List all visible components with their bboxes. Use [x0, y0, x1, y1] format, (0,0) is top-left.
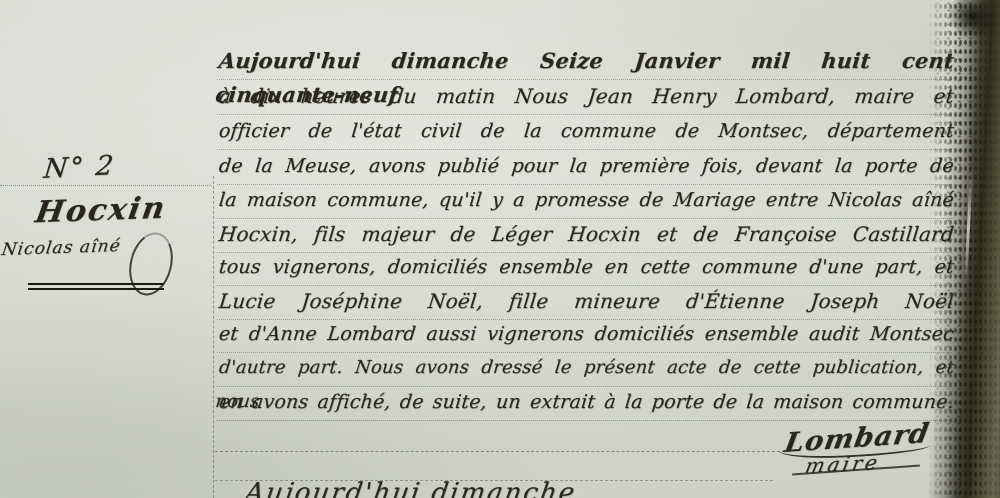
act-text-line: en avons affiché, de suite, un extrait à…: [217, 385, 956, 421]
act-text-line: Hocxin, fils majeur de Léger Hocxin et d…: [217, 217, 956, 253]
binding-shadow-top: [926, 0, 1000, 61]
margin-surname: Hocxin: [33, 191, 169, 231]
act-text-line: la maison commune, qu'il y a promesse de…: [217, 183, 956, 219]
footer-dashed-rule: [215, 451, 790, 452]
margin-vertical-dashed-rule: [213, 176, 214, 498]
margin-firstname-note: Nicolas aîné: [0, 236, 122, 260]
act-text-line: de la Meuse, avons publié pour la premiè…: [217, 149, 956, 185]
act-text-line: d'autre part. Nous avons dressé le prése…: [217, 351, 956, 387]
act-text-line: officier de l'état civil de la commune d…: [217, 114, 956, 150]
margin-double-rule: [28, 283, 164, 290]
act-text-line: Lucie Joséphine Noël, fille mineure d'Ét…: [217, 284, 956, 320]
book-binding-edge: [928, 0, 1000, 498]
register-page-scan: N° 2 Hocxin Nicolas aîné Aujourd'hui dim…: [0, 0, 1000, 498]
next-entry-fragment: Aujourd'hui dimanche: [245, 478, 868, 498]
act-text-line: et d'Anne Lombard aussi vignerons domici…: [217, 317, 956, 353]
margin-entry-number: N° 2: [42, 150, 117, 185]
binding-edge-highlight: [964, 168, 973, 286]
margin-paraph-flourish-icon: [123, 228, 179, 300]
act-text-line: tous vignerons, domiciliés ensemble en c…: [217, 250, 956, 286]
act-text-line: à dix heures du matin Nous Jean Henry Lo…: [217, 79, 956, 115]
margin-dotted-rule: [0, 185, 212, 186]
act-text-line: Aujourd'hui dimanche Seize Janvier mil h…: [217, 44, 956, 80]
